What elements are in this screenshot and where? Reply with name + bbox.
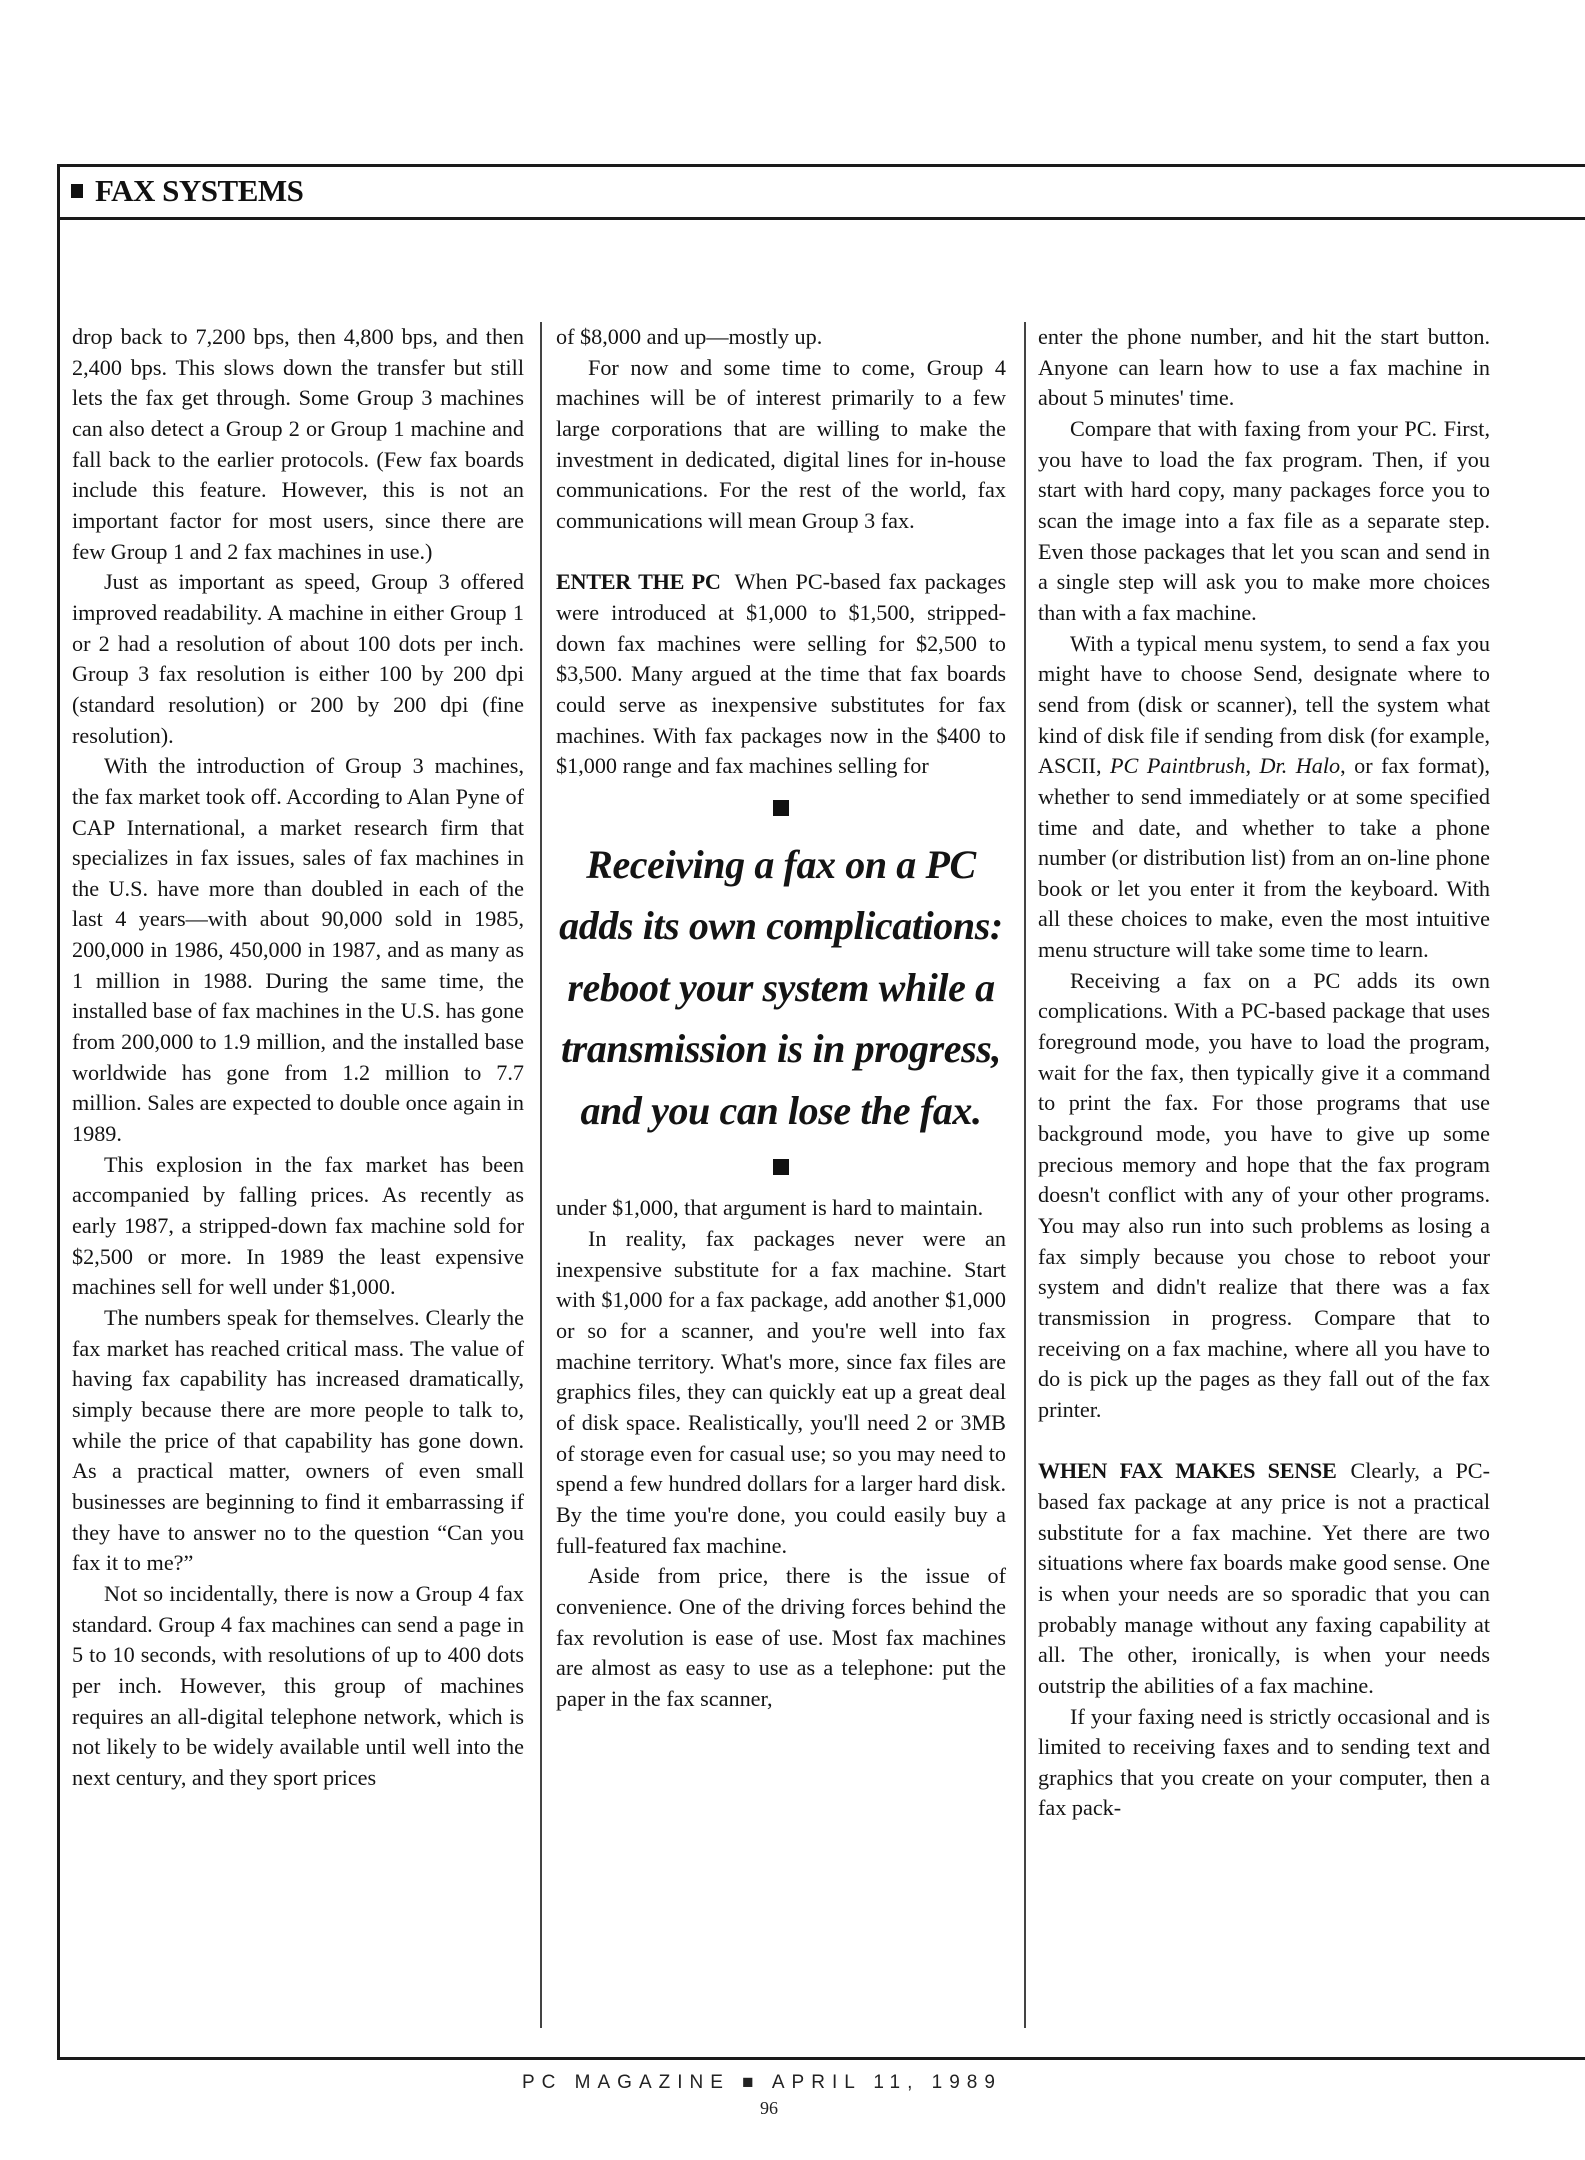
column-divider xyxy=(1024,322,1026,2028)
product-title: Dr. Halo xyxy=(1260,753,1341,778)
paragraph: under $1,000, that argument is hard to m… xyxy=(556,1193,1006,1224)
product-title: PC Paintbrush xyxy=(1110,753,1245,778)
article-column-3: enter the phone number, and hit the star… xyxy=(1038,322,1490,1824)
square-bullet-icon xyxy=(773,1159,789,1175)
paragraph: Aside from price, there is the issue of … xyxy=(556,1561,1006,1714)
paragraph-text: Clearly, a PC-based fax package at any p… xyxy=(1038,1458,1490,1698)
footer-magazine-line: PC MAGAZINE ■ APRIL 11, 1989 xyxy=(522,2072,1002,2094)
column-divider xyxy=(540,322,542,2028)
text-run: , xyxy=(1245,753,1259,778)
paragraph: The numbers speak for themselves. Clearl… xyxy=(72,1303,524,1579)
section-title: FAX SYSTEMS xyxy=(95,173,303,209)
paragraph: Not so incidentally, there is now a Grou… xyxy=(72,1579,524,1794)
paragraph-with-subhead: ENTER THE PCWhen PC-based fax packages w… xyxy=(556,567,1006,782)
paragraph: With a typical menu system, to send a fa… xyxy=(1038,629,1490,966)
paragraph: In reality, fax packages never were an i… xyxy=(556,1224,1006,1561)
paragraph: enter the phone number, and hit the star… xyxy=(1038,322,1490,414)
text-run: , or fax format), whether to send immedi… xyxy=(1038,753,1490,962)
paragraph: Compare that with faxing from your PC. F… xyxy=(1038,414,1490,629)
section-header: FAX SYSTEMS xyxy=(57,164,1585,220)
square-bullet-icon xyxy=(71,184,83,198)
subhead-when-fax-makes-sense: WHEN FAX MAKES SENSE xyxy=(1038,1458,1336,1483)
paragraph: Receiving a fax on a PC adds its own com… xyxy=(1038,966,1490,1426)
page-number: 96 xyxy=(760,2098,778,2119)
paragraph: drop back to 7,200 bps, then 4,800 bps, … xyxy=(72,322,524,567)
paragraph: If your faxing need is strictly occasion… xyxy=(1038,1702,1490,1825)
spacer xyxy=(1038,1426,1490,1457)
paragraph-text: When PC-based fax packages were introduc… xyxy=(556,569,1006,778)
pull-quote-block: Receiving a fax on a PC adds its own com… xyxy=(556,800,1006,1176)
spacer xyxy=(556,537,1006,568)
paragraph: of $8,000 and up—mostly up. xyxy=(556,322,1006,353)
paragraph: For now and some time to come, Group 4 m… xyxy=(556,353,1006,537)
paragraph-with-subhead: WHEN FAX MAKES SENSEClearly, a PC-based … xyxy=(1038,1456,1490,1701)
subhead-enter-the-pc: ENTER THE PC xyxy=(556,569,721,594)
pull-quote: Receiving a fax on a PC adds its own com… xyxy=(556,834,1006,1142)
paragraph: This explosion in the fax market has bee… xyxy=(72,1150,524,1303)
article-column-1: drop back to 7,200 bps, then 4,800 bps, … xyxy=(72,322,524,1794)
square-bullet-icon xyxy=(773,800,789,816)
paragraph: With the introduction of Group 3 machine… xyxy=(72,751,524,1150)
paragraph: Just as important as speed, Group 3 offe… xyxy=(72,567,524,751)
article-column-2: of $8,000 and up—mostly up. For now and … xyxy=(556,322,1006,1714)
